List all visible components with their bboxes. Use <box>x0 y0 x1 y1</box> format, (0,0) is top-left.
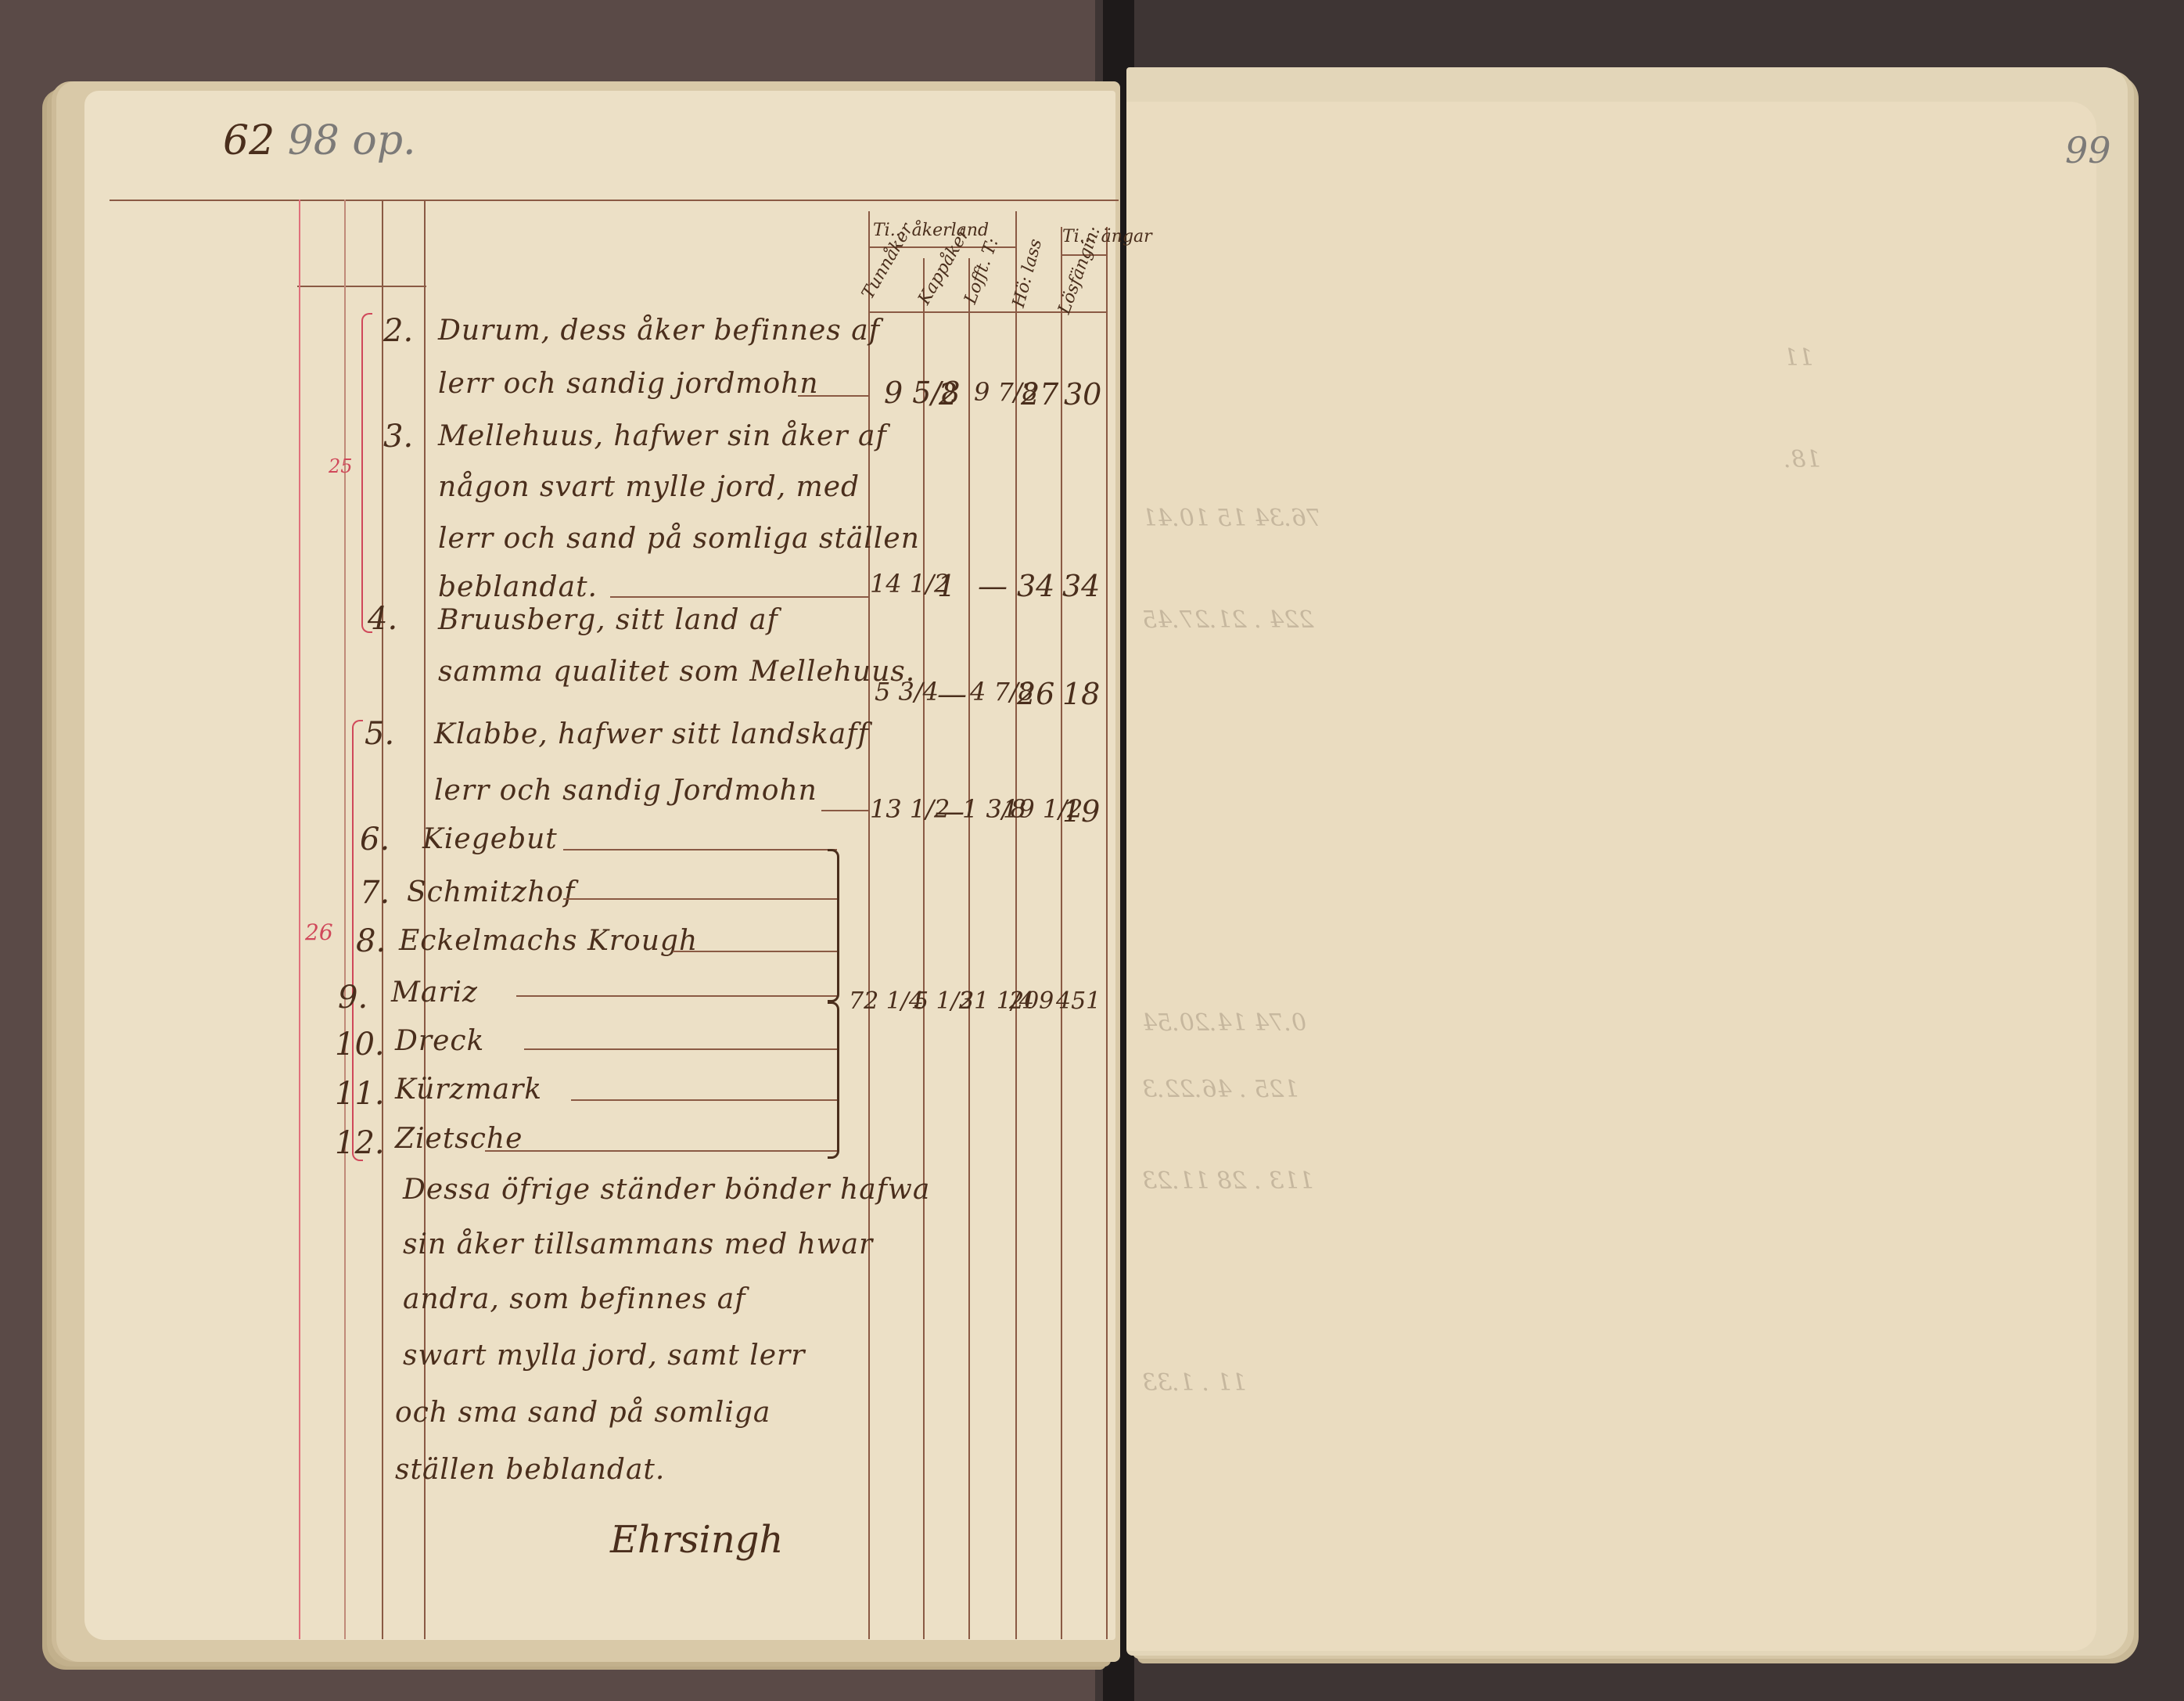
corner-note-pencil: 98 op. <box>288 117 416 164</box>
value-cell: 209 <box>1009 987 1054 1015</box>
entry-text-2b: lerr och sandig jordmohn <box>438 368 819 400</box>
value-cell: 19 <box>1062 794 1100 829</box>
value-cell: — <box>978 569 1008 603</box>
leader-10 <box>524 1048 837 1050</box>
red-bracket-1 <box>361 313 372 633</box>
entry-num-12: 12. <box>335 1125 385 1161</box>
entry-text-4a: Bruusberg, sitt land af <box>438 604 778 636</box>
entry-num-7: 7. <box>360 875 390 911</box>
entry-num-8: 8. <box>356 923 386 959</box>
value-cell: 72 1/4 <box>849 987 924 1015</box>
value-cell: 1 <box>937 569 956 603</box>
value-cell: 27 <box>1021 377 1058 412</box>
entry-num-10: 10. <box>335 1027 385 1063</box>
value-cell: — <box>937 677 967 711</box>
value-cell: 30 <box>1064 377 1101 412</box>
entry-text-3b: någon svart mylle jord, med <box>438 471 860 503</box>
right-page <box>1126 102 2096 1651</box>
entry-num-9: 9. <box>338 980 368 1016</box>
signature: Ehrsingh <box>610 1518 783 1562</box>
entry-num-2: 2. <box>383 313 413 349</box>
col-line-2 <box>923 258 925 1639</box>
entry-text-5b: lerr och sandig Jordmohn <box>434 775 817 807</box>
leader-2 <box>798 395 868 397</box>
page-number: 99 <box>2065 129 2111 171</box>
col-line-5 <box>1061 227 1062 1639</box>
ghost-number: 18. <box>1783 446 1821 473</box>
ghost-number: 125 . 46.22.3 <box>1142 1076 1299 1103</box>
value-cell: 18 <box>1062 677 1100 711</box>
ink-bracket-6-9 <box>828 849 839 1002</box>
entry-text-3a: Mellehuus, hafwer sin åker af <box>438 420 887 452</box>
margin-line-2 <box>382 200 383 1639</box>
leader-11 <box>571 1099 837 1101</box>
paragraph-line: ställen beblandat. <box>395 1454 665 1486</box>
value-cell: 2 <box>939 377 957 412</box>
ghost-number: 11 <box>1783 344 1813 372</box>
entry-num-5: 5. <box>365 716 394 752</box>
corner-note: 62 98 op. <box>223 117 416 164</box>
margin-line-1 <box>344 200 346 1639</box>
ghost-number: 76.34 15 10.41 <box>1142 505 1321 532</box>
entry-text-9: Mariz <box>391 976 478 1009</box>
value-cell: 451 <box>1056 987 1101 1015</box>
ghost-number: 11 . 1.33 <box>1142 1369 1247 1397</box>
entry-text-3d: beblandat. <box>438 571 598 603</box>
entry-num-6: 6. <box>360 822 390 858</box>
entry-text-7: Schmitzhof <box>407 876 575 908</box>
ghost-number: 0.74 14.20.54 <box>1142 1009 1306 1037</box>
entry-num-3: 3. <box>383 419 413 455</box>
entry-num-4: 4. <box>368 601 397 637</box>
entry-text-4b: samma qualitet som Mellehuus. <box>438 656 915 688</box>
paragraph-line: andra, som befinnes af <box>403 1283 746 1315</box>
margin-mark-25: 25 <box>329 455 353 477</box>
leader-8 <box>673 951 837 952</box>
col-line-3 <box>968 258 970 1639</box>
header-group-2: Ti... ängar <box>1062 227 1152 246</box>
leader-3 <box>610 596 868 598</box>
entry-text-5a: Klabbe, hafwer sitt landskaff <box>434 718 869 750</box>
leader-12 <box>485 1150 837 1152</box>
value-cell: — <box>935 794 964 829</box>
entry-text-2a: Durum, dess åker befinnes af <box>438 315 880 347</box>
entry-num-11: 11. <box>335 1076 385 1112</box>
paragraph-line: sin åker tillsammans med hwar <box>403 1228 873 1260</box>
leader-7 <box>563 898 837 900</box>
ink-bracket-10-12 <box>828 1002 839 1159</box>
entry-text-10: Dreck <box>395 1025 484 1057</box>
value-cell: 34 <box>1017 569 1054 603</box>
entry-text-11: Kürzmark <box>395 1073 542 1106</box>
margin-line-red <box>299 200 300 1639</box>
ghost-number: 224 . 21.27.45 <box>1142 606 1313 634</box>
ghost-number: 113 . 28 11.23 <box>1142 1167 1313 1195</box>
value-cell: 5 3/4 <box>875 677 939 707</box>
leader-6 <box>563 849 837 850</box>
entry-text-8: Eckelmachs Krough <box>399 925 698 957</box>
entry-text-6: Kiegebut <box>422 823 558 855</box>
leader-5 <box>821 810 868 811</box>
leader-9 <box>516 995 837 997</box>
corner-note-ink: 62 <box>223 117 275 164</box>
header-rule <box>297 286 426 287</box>
paragraph-line: och sma sand på somliga <box>395 1397 771 1429</box>
col-line-4 <box>1015 211 1017 1639</box>
value-cell: 26 <box>1017 677 1054 711</box>
col-line-6 <box>1106 227 1108 1639</box>
entry-text-3c: lerr och sand på somliga ställen <box>438 523 920 555</box>
value-cell: 34 <box>1062 569 1100 603</box>
paragraph-line: Dessa öfrige ständer bönder hafwa <box>403 1174 930 1206</box>
margin-mark-26: 26 <box>305 919 333 945</box>
paragraph-line: swart mylla jord, samt lerr <box>403 1340 805 1372</box>
top-rule <box>110 200 1119 201</box>
